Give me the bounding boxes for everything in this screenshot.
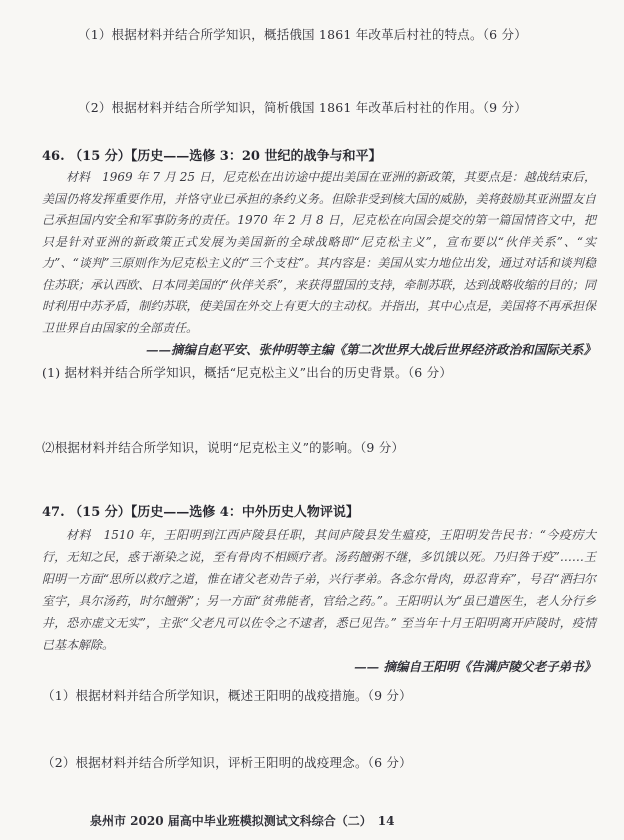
page-footer-title-and-number: 泉州市 2020 届高中毕业班模拟测试文科综合（二） 14 [42, 813, 596, 829]
exam-paper-page: （1）根据材料并结合所学知识，概括俄国 1861 年改革后村社的特点。（6 分）… [0, 0, 624, 840]
question-47-part1: （1）根据材料并结合所学知识，概述王阳明的战疫措施。（9 分） [42, 687, 596, 704]
question-46-part1: (1) 据材料并结合所学知识，概括“尼克松主义”出台的历史背景。（6 分） [42, 364, 596, 381]
question-47-source-citation: —— 摘编自王阳明《告满庐陵父老子弟书》 [42, 658, 596, 675]
question-47-part2: （2）根据材料并结合所学知识，评析王阳明的战疫理念。（6 分） [42, 754, 596, 771]
question-47-material: 材料 1510 年，王阳明到江西庐陵县任职，其间庐陵县发生瘟疫，王阳明发告民书：… [42, 524, 596, 656]
question-45-part2: （2）根据材料并结合所学知识，简析俄国 1861 年改革后村社的作用。（9 分） [42, 99, 596, 116]
question-46-header: 46. （15 分）【历史——选修 3：20 世纪的战争与和平】 [42, 148, 596, 165]
question-46-part2: ⑵根据材料并结合所学知识，说明“尼克松主义”的影响。（9 分） [42, 439, 596, 456]
question-47-header: 47. （15 分）【历史——选修 4：中外历史人物评说】 [42, 504, 596, 521]
question-46-source-citation: ——摘编自赵平安、张仲明等主编《第二次世界大战后世界经济政治和国际关系》 [42, 341, 596, 358]
question-45-part1: （1）根据材料并结合所学知识，概括俄国 1861 年改革后村社的特点。（6 分） [42, 26, 596, 43]
question-46-material: 材料 1969 年 7 月 25 日，尼克松在出访途中提出美国在亚洲的新政策，其… [42, 167, 596, 339]
